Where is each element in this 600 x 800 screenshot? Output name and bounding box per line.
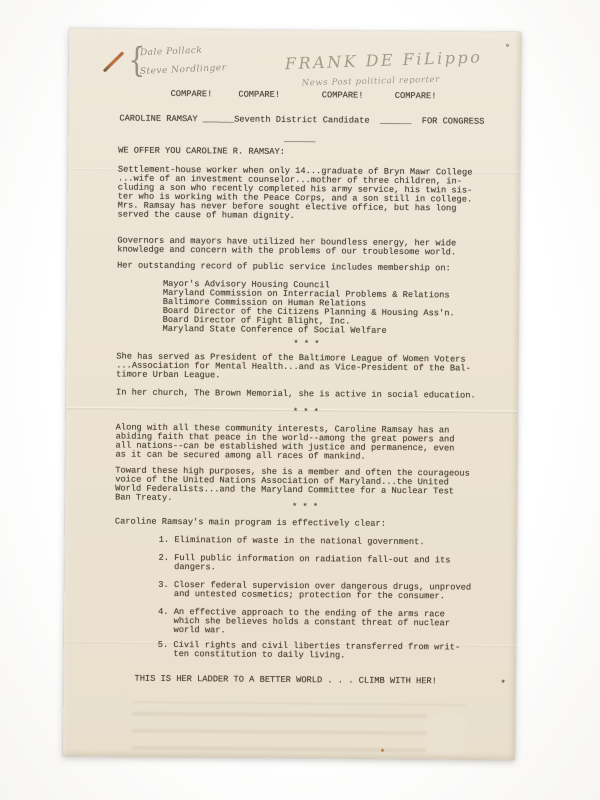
- peace-paragraph: Along with all these community interests…: [115, 423, 454, 462]
- program-item-3: 3. Closer federal supervision over dange…: [158, 581, 471, 602]
- handwritten-name-2: Steve Nordlinger: [140, 63, 227, 77]
- asterisk-separator-1: * * *: [293, 340, 319, 349]
- pencil-slash-mark: [103, 51, 124, 72]
- candidate-title-line: CAROLINE RAMSAY ______Seventh District C…: [119, 114, 484, 126]
- candidate-underline: ______: [284, 135, 315, 144]
- asterisk-separator-3: * * *: [292, 503, 318, 512]
- record-intro: Her outstanding record of public service…: [117, 261, 451, 273]
- served-paragraph: She has served as President of the Balti…: [116, 352, 471, 382]
- membership-list: Mayor's Advisory Housing Council Marylan…: [163, 280, 455, 336]
- paper-blemish-dot: [506, 44, 509, 47]
- show-through-text: [132, 702, 466, 755]
- footer-asterisk: *: [500, 680, 505, 689]
- footer-slogan: THIS IS HER LADDER TO A BETTER WORLD . .…: [134, 675, 436, 687]
- show-through-fade: [426, 714, 466, 754]
- church-paragraph: In her church, The Brown Memorial, she i…: [116, 388, 476, 400]
- program-item-1: 1. Elimination of waste in the national …: [159, 536, 425, 547]
- photo-background: { Dale Pollack Steve Nordlinger FRANK DE…: [0, 0, 600, 800]
- bio-paragraph: Settlement-house worker when only 14...g…: [118, 165, 473, 222]
- program-intro: Caroline Ramsay's main program is effect…: [115, 517, 386, 528]
- campaign-flyer-page: { Dale Pollack Steve Nordlinger FRANK DE…: [63, 28, 521, 760]
- program-item-5: 5. Civil rights and civil liberties tran…: [158, 641, 461, 661]
- asterisk-separator-2: * * *: [293, 408, 319, 417]
- document-heading: WE OFFER YOU CAROLINE R. RAMSAY:: [118, 146, 285, 156]
- compare-line: COMPARE! COMPARE! COMPARE! COMPARE!: [171, 90, 437, 101]
- handwritten-reporter-name: FRANK DE FiLippo: [285, 47, 483, 73]
- program-item-2: 2. Full public information on radiation …: [158, 554, 450, 574]
- handwritten-name-1: Dale Pollack: [140, 46, 203, 59]
- handwritten-reporter-title: News Post political reporter: [302, 75, 440, 89]
- program-item-4: 4. An effective approach to the ending o…: [158, 608, 450, 637]
- governors-paragraph: Governors and mayors have utilized her b…: [117, 236, 456, 257]
- paper-blemish-speck: [381, 749, 384, 752]
- purposes-paragraph: Toward these high purposes, she is a mem…: [115, 466, 470, 505]
